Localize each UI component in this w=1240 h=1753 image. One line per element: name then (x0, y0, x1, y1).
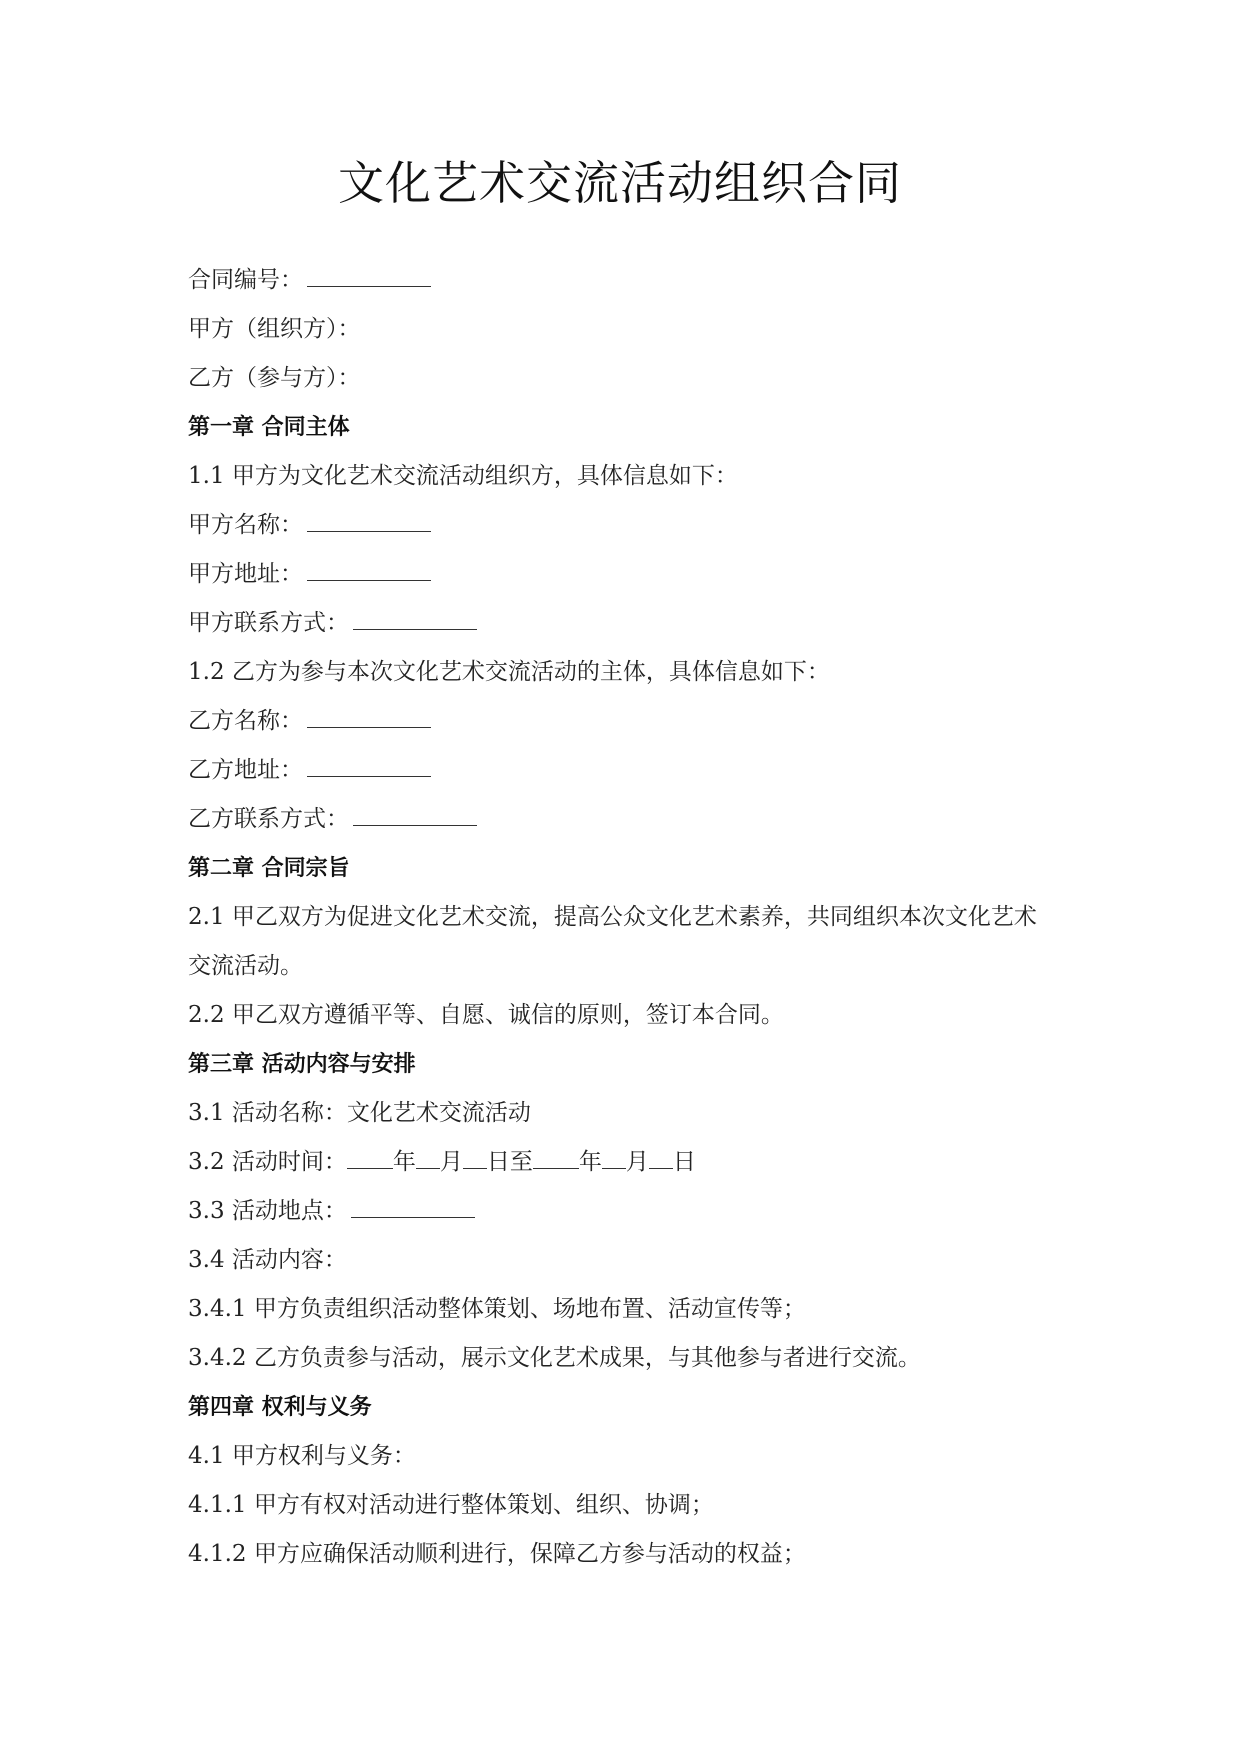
party-a-address-blank[interactable] (307, 558, 431, 581)
end-day-blank[interactable] (649, 1146, 673, 1169)
venue-blank[interactable] (351, 1195, 475, 1218)
venue-label: 3.3 活动地点： (188, 1198, 347, 1224)
party-a-address-line: 甲方地址： (188, 550, 1068, 599)
chapter-3-heading: 第三章 活动内容与安排 (188, 1040, 1068, 1089)
clause-3-2: 3.2 活动时间：年月日至年月日 (188, 1138, 1068, 1187)
document-title: 文化艺术交流活动组织合同 (0, 150, 1240, 216)
chapter-1-heading: 第一章 合同主体 (188, 403, 1068, 452)
start-month-blank[interactable] (416, 1146, 440, 1169)
party-b-contact-blank[interactable] (353, 803, 477, 826)
clause-4-1: 4.1 甲方权利与义务： (188, 1432, 1068, 1481)
party-b-line: 乙方（参与方）： (188, 354, 1068, 403)
activity-time-label: 3.2 活动时间： (188, 1149, 347, 1175)
clause-3-4-1: 3.4.1 甲方负责组织活动整体策划、场地布置、活动宣传等； (188, 1285, 1068, 1334)
party-b-name-line: 乙方名称： (188, 697, 1068, 746)
document-body: 合同编号： 甲方（组织方）： 乙方（参与方）： 第一章 合同主体 1.1 甲方为… (188, 256, 1068, 1579)
party-b-address-label: 乙方地址： (188, 757, 303, 783)
clause-3-1: 3.1 活动名称：文化艺术交流活动 (188, 1089, 1068, 1138)
unit-month: 月 (440, 1149, 463, 1175)
clause-2-1: 2.1 甲乙双方为促进文化艺术交流，提高公众文化艺术素养，共同组织本次文化艺术交… (188, 893, 1048, 991)
unit-day-to: 日至 (487, 1149, 533, 1175)
party-a-name-line: 甲方名称： (188, 501, 1068, 550)
unit-day: 日 (673, 1149, 696, 1175)
unit-year: 年 (393, 1149, 416, 1175)
party-a-address-label: 甲方地址： (188, 561, 303, 587)
clause-3-3: 3.3 活动地点： (188, 1187, 1068, 1236)
party-a-name-label: 甲方名称： (188, 512, 303, 538)
party-b-address-line: 乙方地址： (188, 746, 1068, 795)
end-year-blank[interactable] (533, 1146, 579, 1169)
clause-3-4: 3.4 活动内容： (188, 1236, 1068, 1285)
chapter-2-heading: 第二章 合同宗旨 (188, 844, 1068, 893)
party-b-name-blank[interactable] (307, 705, 431, 728)
contract-number-blank[interactable] (307, 264, 431, 287)
contract-number-label: 合同编号： (188, 267, 303, 293)
party-b-address-blank[interactable] (307, 754, 431, 777)
start-year-blank[interactable] (347, 1146, 393, 1169)
clause-1-1: 1.1 甲方为文化艺术交流活动组织方，具体信息如下： (188, 452, 1068, 501)
unit-month: 月 (626, 1149, 649, 1175)
clause-3-4-2: 3.4.2 乙方负责参与活动，展示文化艺术成果，与其他参与者进行交流。 (188, 1334, 1068, 1383)
party-b-contact-line: 乙方联系方式： (188, 795, 1068, 844)
clause-1-2: 1.2 乙方为参与本次文化艺术交流活动的主体，具体信息如下： (188, 648, 1068, 697)
party-a-line: 甲方（组织方）： (188, 305, 1068, 354)
unit-year: 年 (579, 1149, 602, 1175)
end-month-blank[interactable] (602, 1146, 626, 1169)
party-a-contact-line: 甲方联系方式： (188, 599, 1068, 648)
clause-2-2: 2.2 甲乙双方遵循平等、自愿、诚信的原则，签订本合同。 (188, 991, 1068, 1040)
start-day-blank[interactable] (463, 1146, 487, 1169)
contract-number-line: 合同编号： (188, 256, 1068, 305)
party-b-contact-label: 乙方联系方式： (188, 806, 349, 832)
party-a-contact-label: 甲方联系方式： (188, 610, 349, 636)
party-b-name-label: 乙方名称： (188, 708, 303, 734)
party-a-contact-blank[interactable] (353, 607, 477, 630)
chapter-4-heading: 第四章 权利与义务 (188, 1383, 1068, 1432)
party-a-name-blank[interactable] (307, 509, 431, 532)
clause-4-1-1: 4.1.1 甲方有权对活动进行整体策划、组织、协调； (188, 1481, 1068, 1530)
clause-4-1-2: 4.1.2 甲方应确保活动顺利进行，保障乙方参与活动的权益； (188, 1530, 1068, 1579)
